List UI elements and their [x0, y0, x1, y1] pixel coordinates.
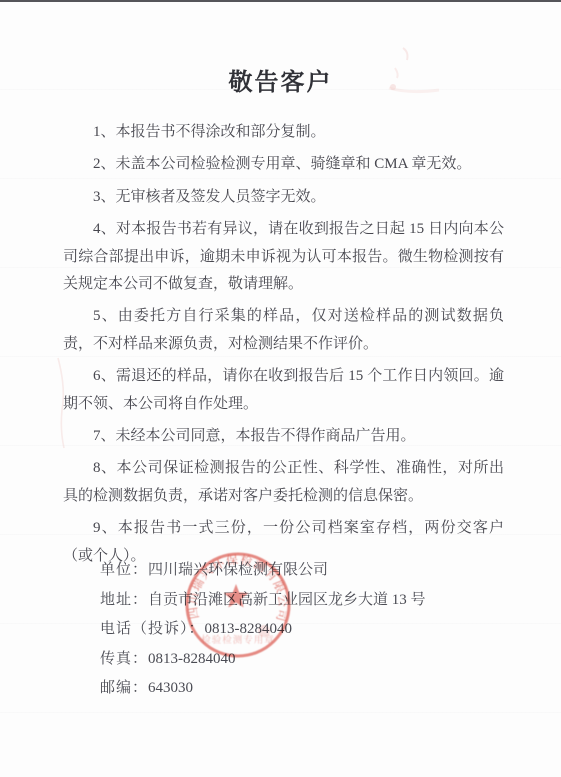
contact-label: 电话（投诉）：: [100, 621, 205, 637]
contact-row-postcode: 邮编：643030: [100, 674, 500, 704]
contact-label: 邮编：: [100, 680, 148, 696]
contact-row-phone: 电话（投诉）：0813-8284040: [100, 615, 500, 645]
contact-row-company: 单位：四川瑞兴环保检测有限公司: [100, 556, 500, 586]
notice-item-7: 7、未经本公司同意，本报告不得作商品广告用。: [63, 423, 504, 450]
page-title: 敬告客户: [0, 62, 561, 97]
contact-value: 0813-8284040: [205, 621, 293, 637]
contact-value: 四川瑞兴环保检测有限公司: [148, 562, 328, 578]
contact-row-address: 地址：自贡市沿滩区高新工业园区龙乡大道 13 号: [100, 586, 500, 616]
notice-list: 1、本报告书不得涂改和部分复制。 2、未盖本公司检验检测专用章、骑缝章和 CMA…: [63, 119, 504, 575]
scanned-document-page: 敬告客户 1、本报告书不得涂改和部分复制。 2、未盖本公司检验检测专用章、骑缝章…: [0, 0, 561, 777]
notice-item-4: 4、对本报告书若有异议，请在收到报告之日起 15 日内向本公司综合部提出申诉，逾…: [63, 216, 504, 298]
contact-value: 643030: [148, 680, 193, 696]
notice-item-1: 1、本报告书不得涂改和部分复制。: [63, 119, 504, 146]
contact-row-fax: 传真：0813-8284040: [100, 645, 500, 675]
contact-label: 传真：: [100, 651, 148, 667]
notice-item-5: 5、由委托方自行采集的样品，仅对送检样品的测试数据负责，不对样品来源负责，对检测…: [63, 303, 504, 358]
contact-block: 单位：四川瑞兴环保检测有限公司 地址：自贡市沿滩区高新工业园区龙乡大道 13 号…: [100, 556, 500, 704]
contact-value: 自贡市沿滩区高新工业园区龙乡大道 13 号: [148, 592, 426, 608]
scanner-edge-line: [0, 0, 561, 2]
notice-item-6: 6、需退还的样品，请你在收到报告后 15 个工作日内领回。逾期不领、本公司将自作…: [63, 363, 504, 418]
notice-item-2: 2、未盖本公司检验检测专用章、骑缝章和 CMA 章无效。: [63, 151, 504, 178]
contact-label: 单位：: [100, 562, 148, 578]
contact-label: 地址：: [100, 592, 148, 608]
notice-item-8: 8、本公司保证检测报告的公正性、科学性、准确性，对所出具的检测数据负责，承诺对客…: [63, 455, 504, 510]
notice-item-3: 3、无审核者及签发人员签字无效。: [63, 184, 504, 211]
contact-value: 0813-8284040: [148, 651, 236, 667]
